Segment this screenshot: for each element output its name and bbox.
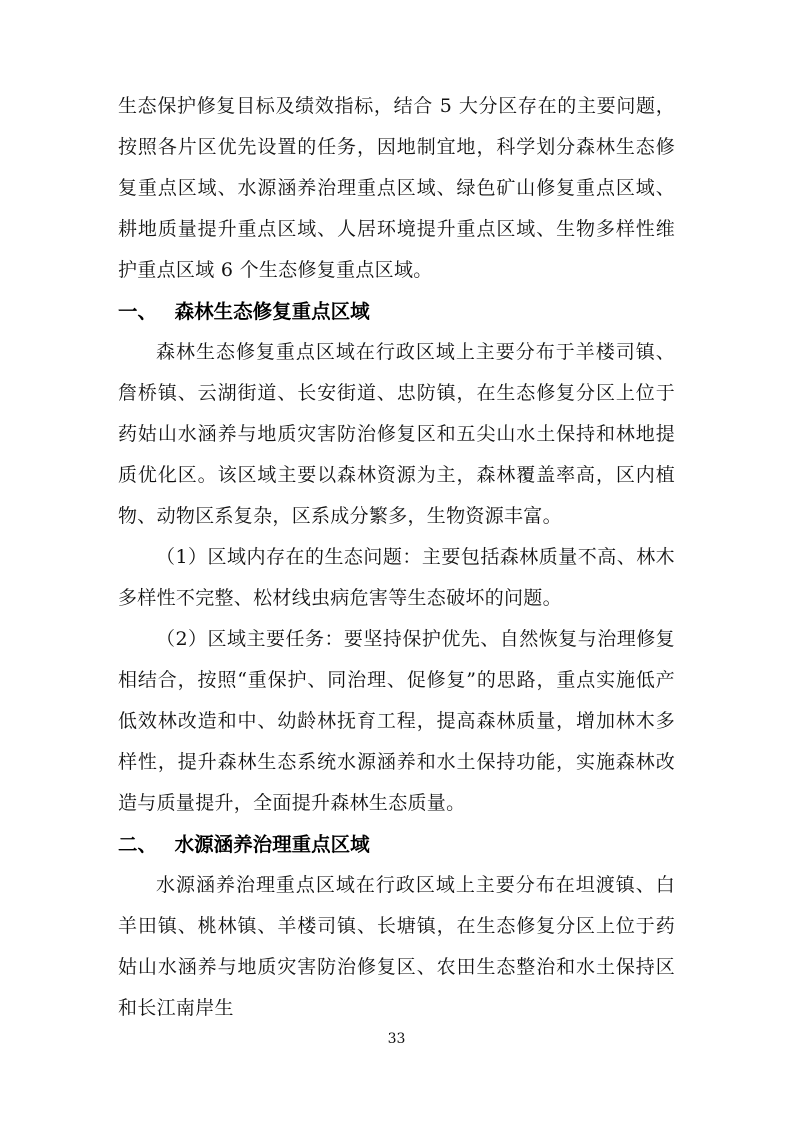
paragraph-water-overview: 水源涵养治理重点区域在行政区域上主要分布在坦渡镇、白羊田镇、桃林镇、羊楼司镇、长… bbox=[118, 865, 675, 1029]
section-number: 二、 bbox=[118, 833, 157, 856]
paragraph-forest-overview: 森林生态修复重点区域在行政区域上主要分布于羊楼司镇、詹桥镇、云湖街道、长安街道、… bbox=[118, 332, 675, 537]
page-footer: 33 bbox=[0, 1030, 793, 1048]
document-page: 生态保护修复目标及绩效指标，结合 5 大分区存在的主要问题，按照各片区优先设置的… bbox=[0, 0, 793, 1122]
section-title: 水源涵养治理重点区域 bbox=[175, 833, 370, 856]
page-number: 33 bbox=[388, 1031, 406, 1047]
section-number: 一、 bbox=[118, 300, 157, 323]
paragraph-forest-problems: （1）区域内存在的生态问题：主要包括森林质量不高、林木多样性不完整、松材线虫病危… bbox=[118, 537, 675, 619]
document-body: 生态保护修复目标及绩效指标，结合 5 大分区存在的主要问题，按照各片区优先设置的… bbox=[118, 86, 675, 1029]
section-heading-water: 二、水源涵养治理重点区域 bbox=[118, 824, 675, 865]
section-heading-forest: 一、森林生态修复重点区域 bbox=[118, 291, 675, 332]
section-title: 森林生态修复重点区域 bbox=[175, 300, 370, 323]
paragraph-forest-tasks: （2）区域主要任务：要坚持保护优先、自然恢复与治理修复相结合，按照“重保护、同治… bbox=[118, 619, 675, 824]
paragraph-intro: 生态保护修复目标及绩效指标，结合 5 大分区存在的主要问题，按照各片区优先设置的… bbox=[118, 86, 675, 291]
